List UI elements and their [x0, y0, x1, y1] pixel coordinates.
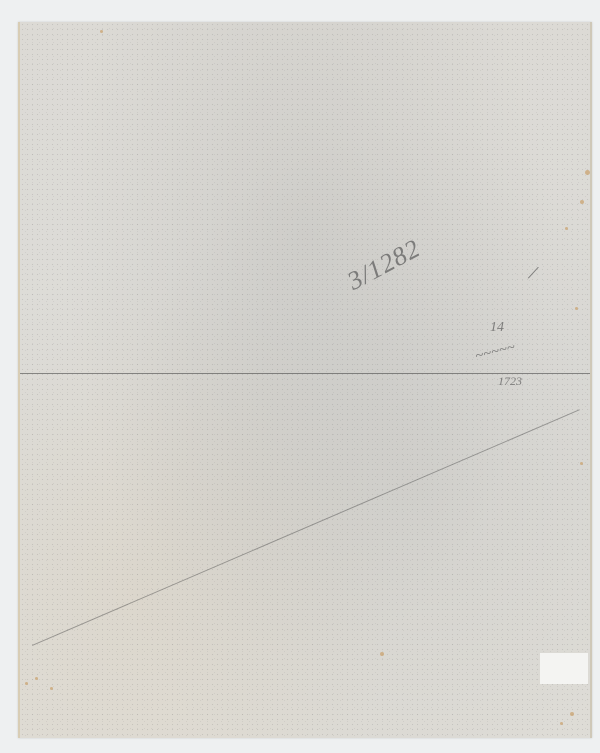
foxing-spot [580, 462, 583, 465]
white-label [540, 653, 588, 684]
foxing-spot [380, 652, 384, 656]
foxing-spot [580, 200, 584, 204]
foxing-spot [575, 307, 578, 310]
foxing-spot [565, 227, 568, 230]
paper-sheet: 3/1282 14 ~~~~~ 1723 / [18, 22, 592, 738]
foxing-spot [35, 677, 38, 680]
foxing-spot [560, 722, 563, 725]
pencil-date: 1723 [498, 374, 522, 389]
foxing-spot [570, 712, 574, 716]
foxing-spot [585, 170, 590, 175]
foxing-spot [50, 687, 53, 690]
foxing-spot [100, 30, 103, 33]
pencil-mark: 14 [490, 320, 504, 336]
foxing-spot [25, 682, 28, 685]
